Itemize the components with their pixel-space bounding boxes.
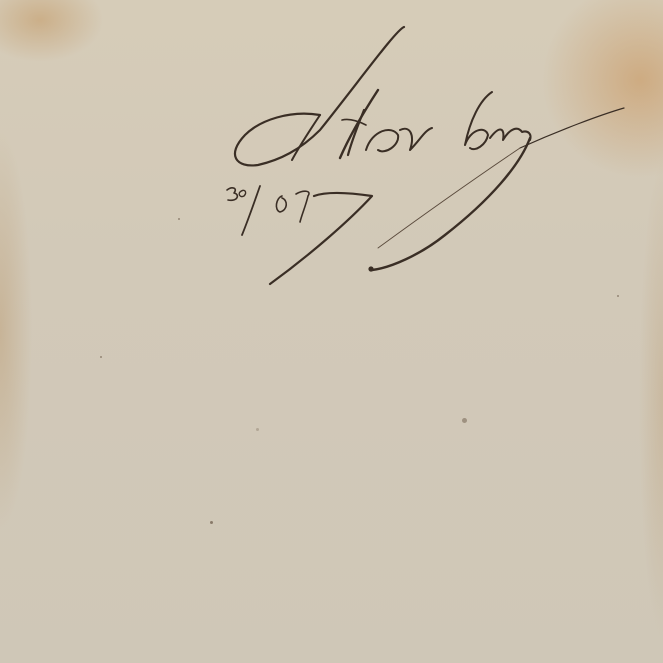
paper-page: Sl Hoaberg 30/6 77 bbox=[0, 0, 663, 663]
paper-speck bbox=[178, 218, 180, 220]
handwritten-signature bbox=[0, 0, 663, 663]
paper-speck bbox=[617, 295, 619, 297]
paper-speck bbox=[210, 521, 213, 524]
paper-speck bbox=[100, 356, 102, 358]
paper-speck bbox=[256, 428, 259, 431]
paper-speck bbox=[462, 418, 467, 423]
